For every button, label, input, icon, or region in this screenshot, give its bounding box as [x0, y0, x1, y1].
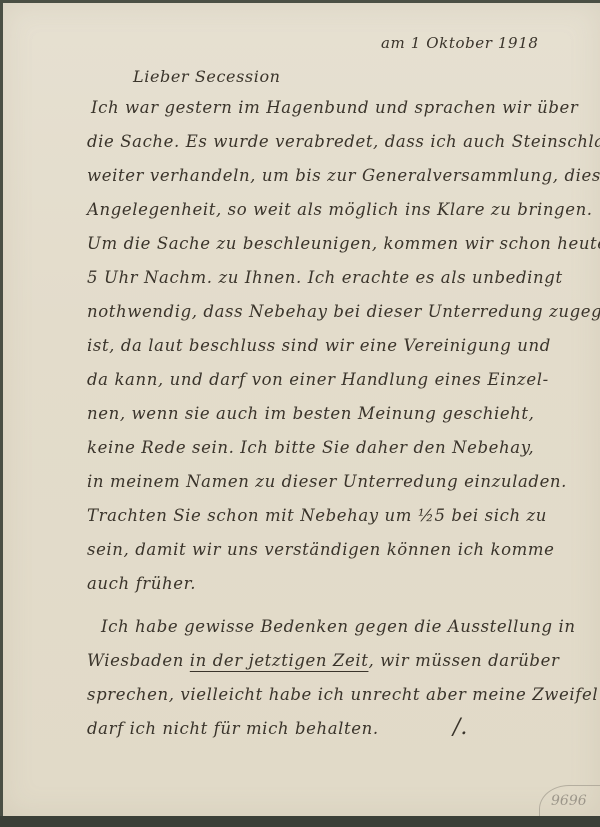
letter-date: am 1 Oktober 1918 — [381, 36, 538, 51]
letter-line: Ich war gestern im Hagenbund und sprache… — [91, 100, 578, 117]
letter-line: Wiesbaden in der jetztigen Zeit, wir müs… — [87, 653, 559, 670]
letter-line: nen, wenn sie auch im besten Meinung ges… — [87, 406, 534, 423]
letter-line: sein, damit wir uns verständigen können … — [87, 542, 555, 559]
letter-line: in meinem Namen zu dieser Unterredung ei… — [87, 474, 567, 491]
paper-sheet: am 1 Oktober 1918 Lieber Secession Ich w… — [3, 3, 600, 816]
letter-line: Angelegenheit, so weit als möglich ins K… — [87, 202, 593, 219]
letter-underlined-phrase: in der jetztigen Zeit — [190, 651, 369, 670]
letter-line: die Sache. Es wurde verabredet, dass ich… — [87, 134, 600, 151]
letter-line: sprechen, vielleicht habe ich unrecht ab… — [87, 687, 598, 704]
letter-line: 5 Uhr Nachm. zu Ihnen. Ich erachte es al… — [87, 270, 563, 287]
letter-salutation: Lieber Secession — [133, 69, 281, 85]
archive-number: 9696 — [551, 793, 587, 809]
letter-line: da kann, und darf von einer Handlung ein… — [87, 372, 549, 389]
closing-mark: /. — [453, 715, 467, 740]
letter-line: nothwendig, dass Nebehay bei dieser Unte… — [87, 304, 600, 321]
scan-border-bottom — [0, 816, 600, 827]
letter-line: Um die Sache zu beschleunigen, kommen wi… — [87, 236, 600, 253]
letter-line: weiter verhandeln, um bis zur Generalver… — [87, 168, 600, 185]
letter-word-place: Wiesbaden — [87, 651, 184, 670]
letter-line: Trachten Sie schon mit Nebehay um ½5 bei… — [87, 508, 547, 525]
letter-scan: am 1 Oktober 1918 Lieber Secession Ich w… — [0, 0, 600, 827]
letter-line: keine Rede sein. Ich bitte Sie daher den… — [87, 440, 534, 457]
letter-line: ist, da laut beschluss sind wir eine Ver… — [87, 338, 551, 355]
letter-line-tail: , wir müssen darüber — [368, 651, 559, 670]
letter-line: auch früher. — [87, 576, 196, 593]
letter-line: Ich habe gewisse Bedenken gegen die Auss… — [101, 619, 576, 636]
letter-line: darf ich nicht für mich behalten. — [87, 721, 379, 738]
